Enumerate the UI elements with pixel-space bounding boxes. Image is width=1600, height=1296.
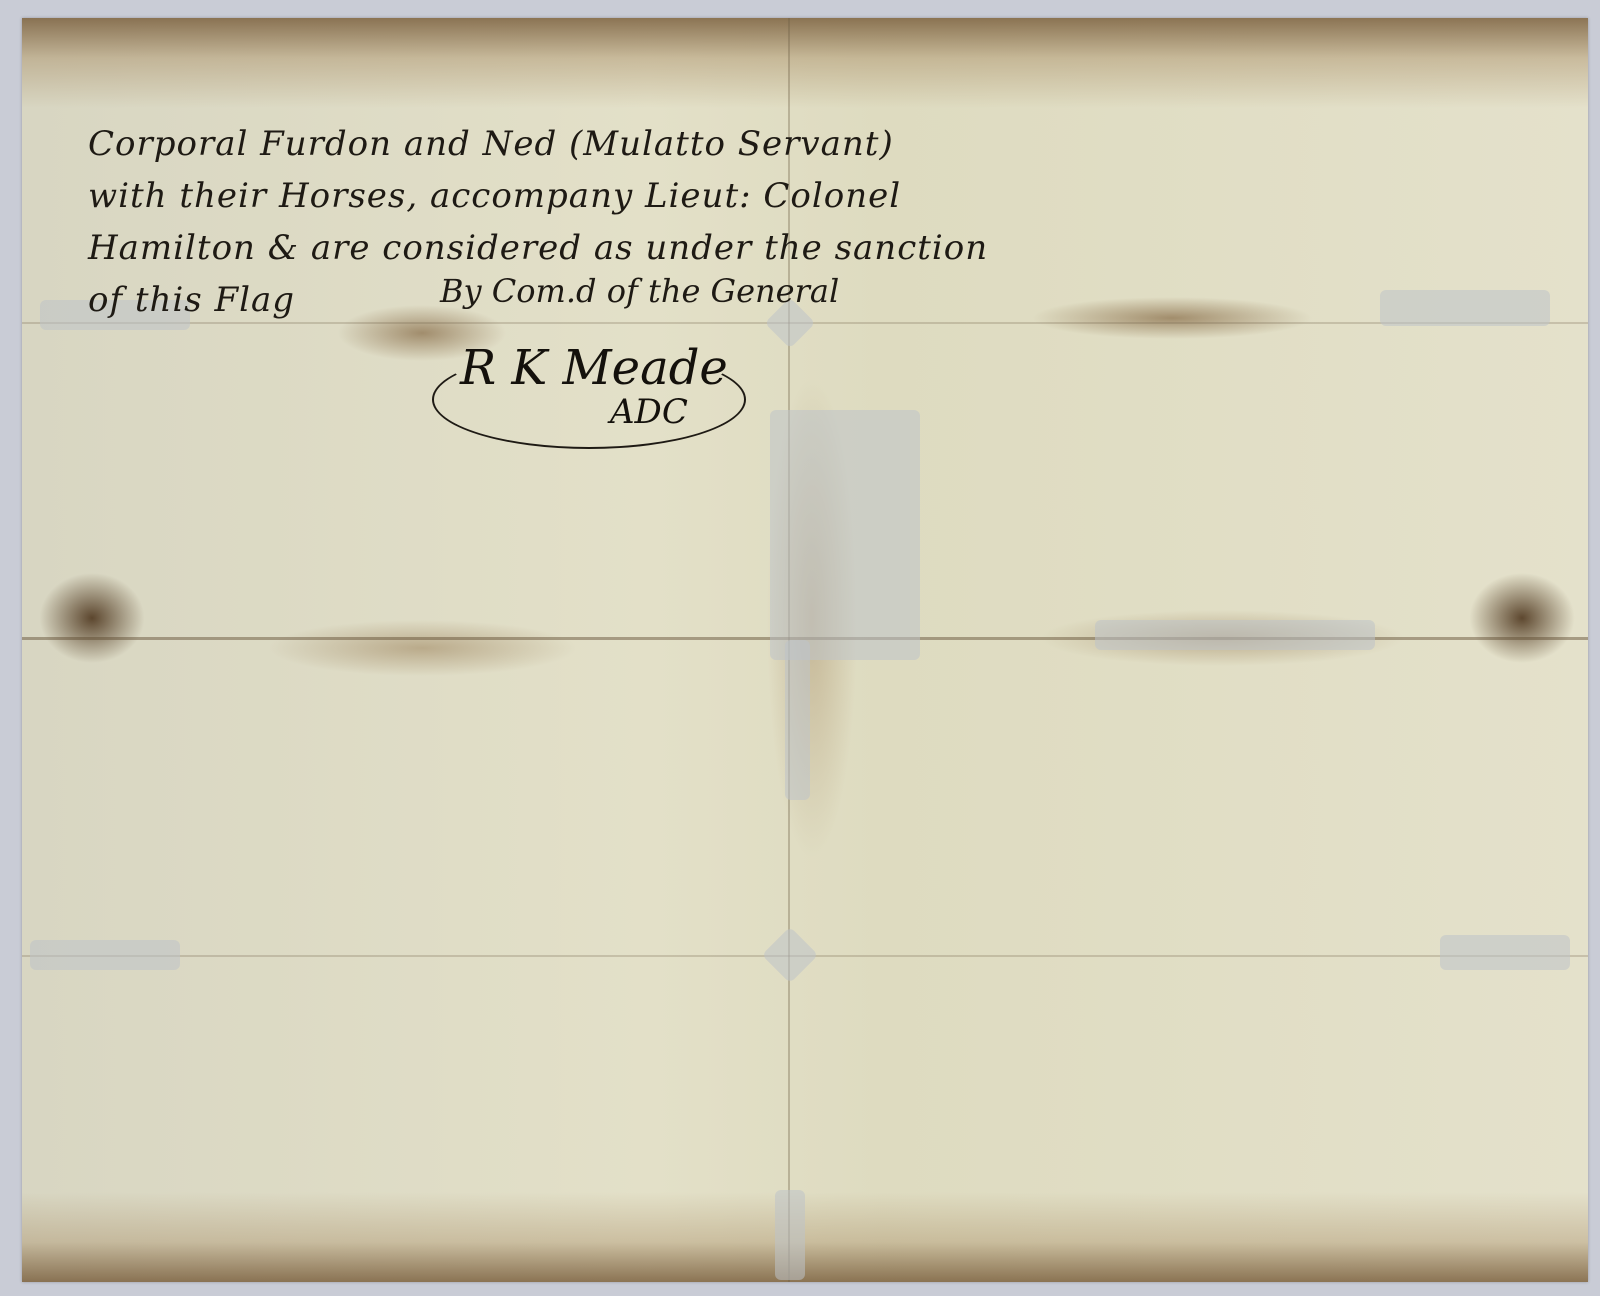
repair-tape [1380,290,1550,326]
repair-tape [775,1190,805,1280]
signature-title: ADC [610,392,688,432]
closing-line: By Com.d of the General [440,272,839,310]
repair-tape [1440,935,1570,970]
body-line: Hamilton & are considered as under the s… [88,222,798,274]
repair-tape [1095,620,1375,650]
signature: R K Meade [460,340,728,396]
body-line: with their Horses, accompany Lieut: Colo… [88,170,798,222]
body-line: Corporal Furdon and Ned (Mulatto Servant… [88,118,798,170]
repair-tape [30,940,180,970]
repair-tape [785,640,810,800]
repair-tape-patch [770,410,920,660]
